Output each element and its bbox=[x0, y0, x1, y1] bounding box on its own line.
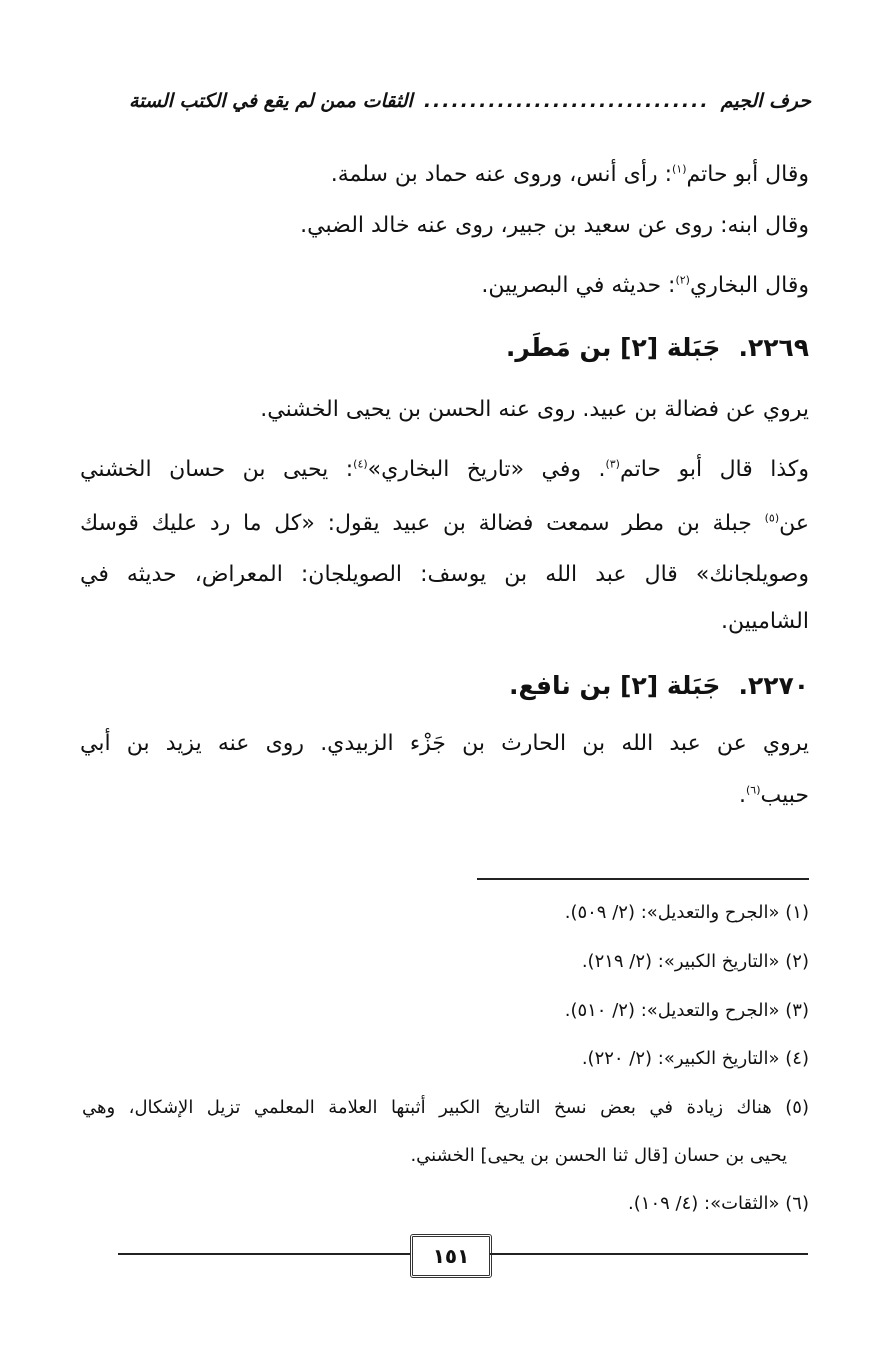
body-line: يروي عن فضالة بن عبيد. روى عنه الحسن بن … bbox=[260, 390, 809, 430]
entry-number: ٢٢٦٩. bbox=[738, 333, 809, 362]
footnote-ref[interactable]: (٥) bbox=[765, 512, 780, 525]
running-header: حرف الجيم ..............................… bbox=[129, 84, 811, 118]
page-footer: ١٥١ bbox=[118, 1232, 808, 1278]
footer-rule-right bbox=[490, 1253, 808, 1255]
body-line: وصويلجانك» قال عبد الله بن يوسف: الصويلج… bbox=[80, 555, 809, 595]
header-dot-leader: ............................... bbox=[415, 90, 719, 112]
book-title: الثقات ممن لم يقع في الكتب الستة bbox=[129, 90, 413, 112]
footnote: (٢) «التاريخ الكبير»: (٢/ ٢١٩). bbox=[582, 946, 809, 978]
chapter-title: حرف الجيم bbox=[721, 90, 811, 112]
footnote-ref[interactable]: (٢) bbox=[675, 274, 690, 287]
body-line: وقال البخاري(٢): حديثه في البصريين. bbox=[481, 266, 809, 306]
footnote-separator bbox=[477, 878, 809, 880]
body-line: وكذا قال أبو حاتم(٣). وفي «تاريخ البخاري… bbox=[80, 450, 809, 490]
body-line: الشاميين. bbox=[721, 602, 809, 642]
body-line: عن(٥) جبلة بن مطر سمعت فضالة بن عبيد يقو… bbox=[80, 504, 809, 544]
footnote-ref[interactable]: (٦) bbox=[746, 784, 761, 797]
footnote: (٥) هناك زيادة في بعض نسخ التاريخ الكبير… bbox=[82, 1092, 809, 1124]
entry-heading: ٢٢٧٠.جَبَلة [٢] بن نافع. bbox=[509, 664, 809, 708]
body-line: حبيب(٦). bbox=[739, 776, 809, 816]
footnote-continuation: يحيى بن حسان [قال ثنا الحسن بن يحيى] الخ… bbox=[410, 1140, 787, 1172]
footnote: (٤) «التاريخ الكبير»: (٢/ ٢٢٠). bbox=[582, 1043, 809, 1075]
footnote-ref[interactable]: (١) bbox=[672, 163, 687, 176]
footnote-ref[interactable]: (٣) bbox=[605, 458, 620, 471]
entry-name: جَبَلة [٢] بن نافع. bbox=[509, 671, 720, 700]
footer-rule-left bbox=[118, 1253, 410, 1255]
entry-name: جَبَلة [٢] بن مَطَر. bbox=[506, 333, 721, 362]
footnote: (٦) «الثقات»: (٤/ ١٠٩). bbox=[628, 1188, 809, 1220]
footnote-ref[interactable]: (٤) bbox=[353, 458, 368, 471]
entry-number: ٢٢٧٠. bbox=[738, 671, 809, 700]
footnote: (٣) «الجرح والتعديل»: (٢/ ٥١٠). bbox=[565, 995, 809, 1027]
page-number: ١٥١ bbox=[410, 1234, 492, 1278]
entry-heading: ٢٢٦٩.جَبَلة [٢] بن مَطَر. bbox=[506, 326, 809, 370]
body-line: وقال ابنه: روى عن سعيد بن جبير، روى عنه … bbox=[300, 206, 809, 246]
body-line: يروي عن عبد الله بن الحارث بن جَزْء الزب… bbox=[80, 724, 809, 764]
body-line: وقال أبو حاتم(١): رأى أنس، وروى عنه حماد… bbox=[331, 155, 809, 195]
book-page: حرف الجيم ..............................… bbox=[0, 0, 879, 1370]
footnote: (١) «الجرح والتعديل»: (٢/ ٥٠٩). bbox=[565, 897, 809, 929]
